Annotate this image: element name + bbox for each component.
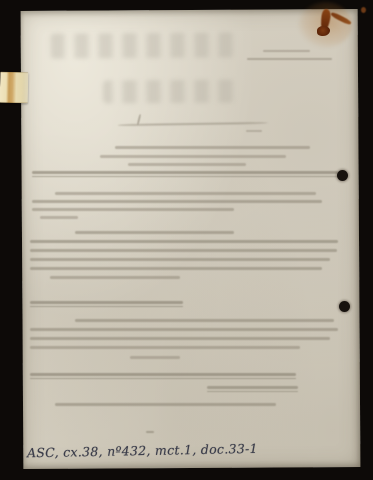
typed-text-line [128, 163, 246, 166]
typed-underline [30, 378, 296, 379]
typed-text-line [100, 155, 286, 158]
tape-fragment [0, 72, 28, 104]
ghost-letterhead-band [50, 32, 235, 58]
typed-text-line [30, 258, 330, 261]
typed-text-line [32, 208, 234, 211]
typed-underline [32, 176, 338, 177]
typed-text-line [207, 386, 298, 389]
typed-text-line [115, 146, 310, 149]
typed-text-line [263, 50, 310, 52]
typed-text-line [30, 373, 296, 376]
typed-text-line [247, 58, 332, 60]
typed-text-line [75, 231, 234, 234]
typed-text-line [50, 276, 180, 279]
ghost-letterhead-band [103, 80, 235, 104]
document-page [21, 9, 361, 469]
typed-text-line [30, 337, 330, 340]
typed-underline [30, 306, 183, 307]
punch-hole [339, 301, 350, 312]
typed-text-line [30, 328, 338, 331]
typed-text-line [55, 403, 276, 406]
rust-stain-speck [361, 7, 366, 13]
typed-text-line [130, 356, 180, 359]
punch-hole [337, 170, 348, 181]
typed-text-line [30, 240, 338, 243]
typed-text-line [30, 249, 337, 252]
typed-text-line [246, 130, 262, 132]
typed-underline [207, 391, 298, 392]
typed-text-line [75, 319, 334, 322]
typed-text-line [30, 346, 300, 349]
typed-text-line [146, 431, 154, 433]
typed-text-line [30, 301, 183, 304]
typed-text-line [40, 216, 78, 219]
typed-text-line [55, 192, 316, 195]
typed-text-line [32, 200, 322, 203]
typed-text-line [32, 171, 338, 174]
scan-stage: ASC, cx.38, nº432, mct.1, doc.33-1 [0, 0, 373, 480]
typed-text-line [30, 267, 322, 270]
